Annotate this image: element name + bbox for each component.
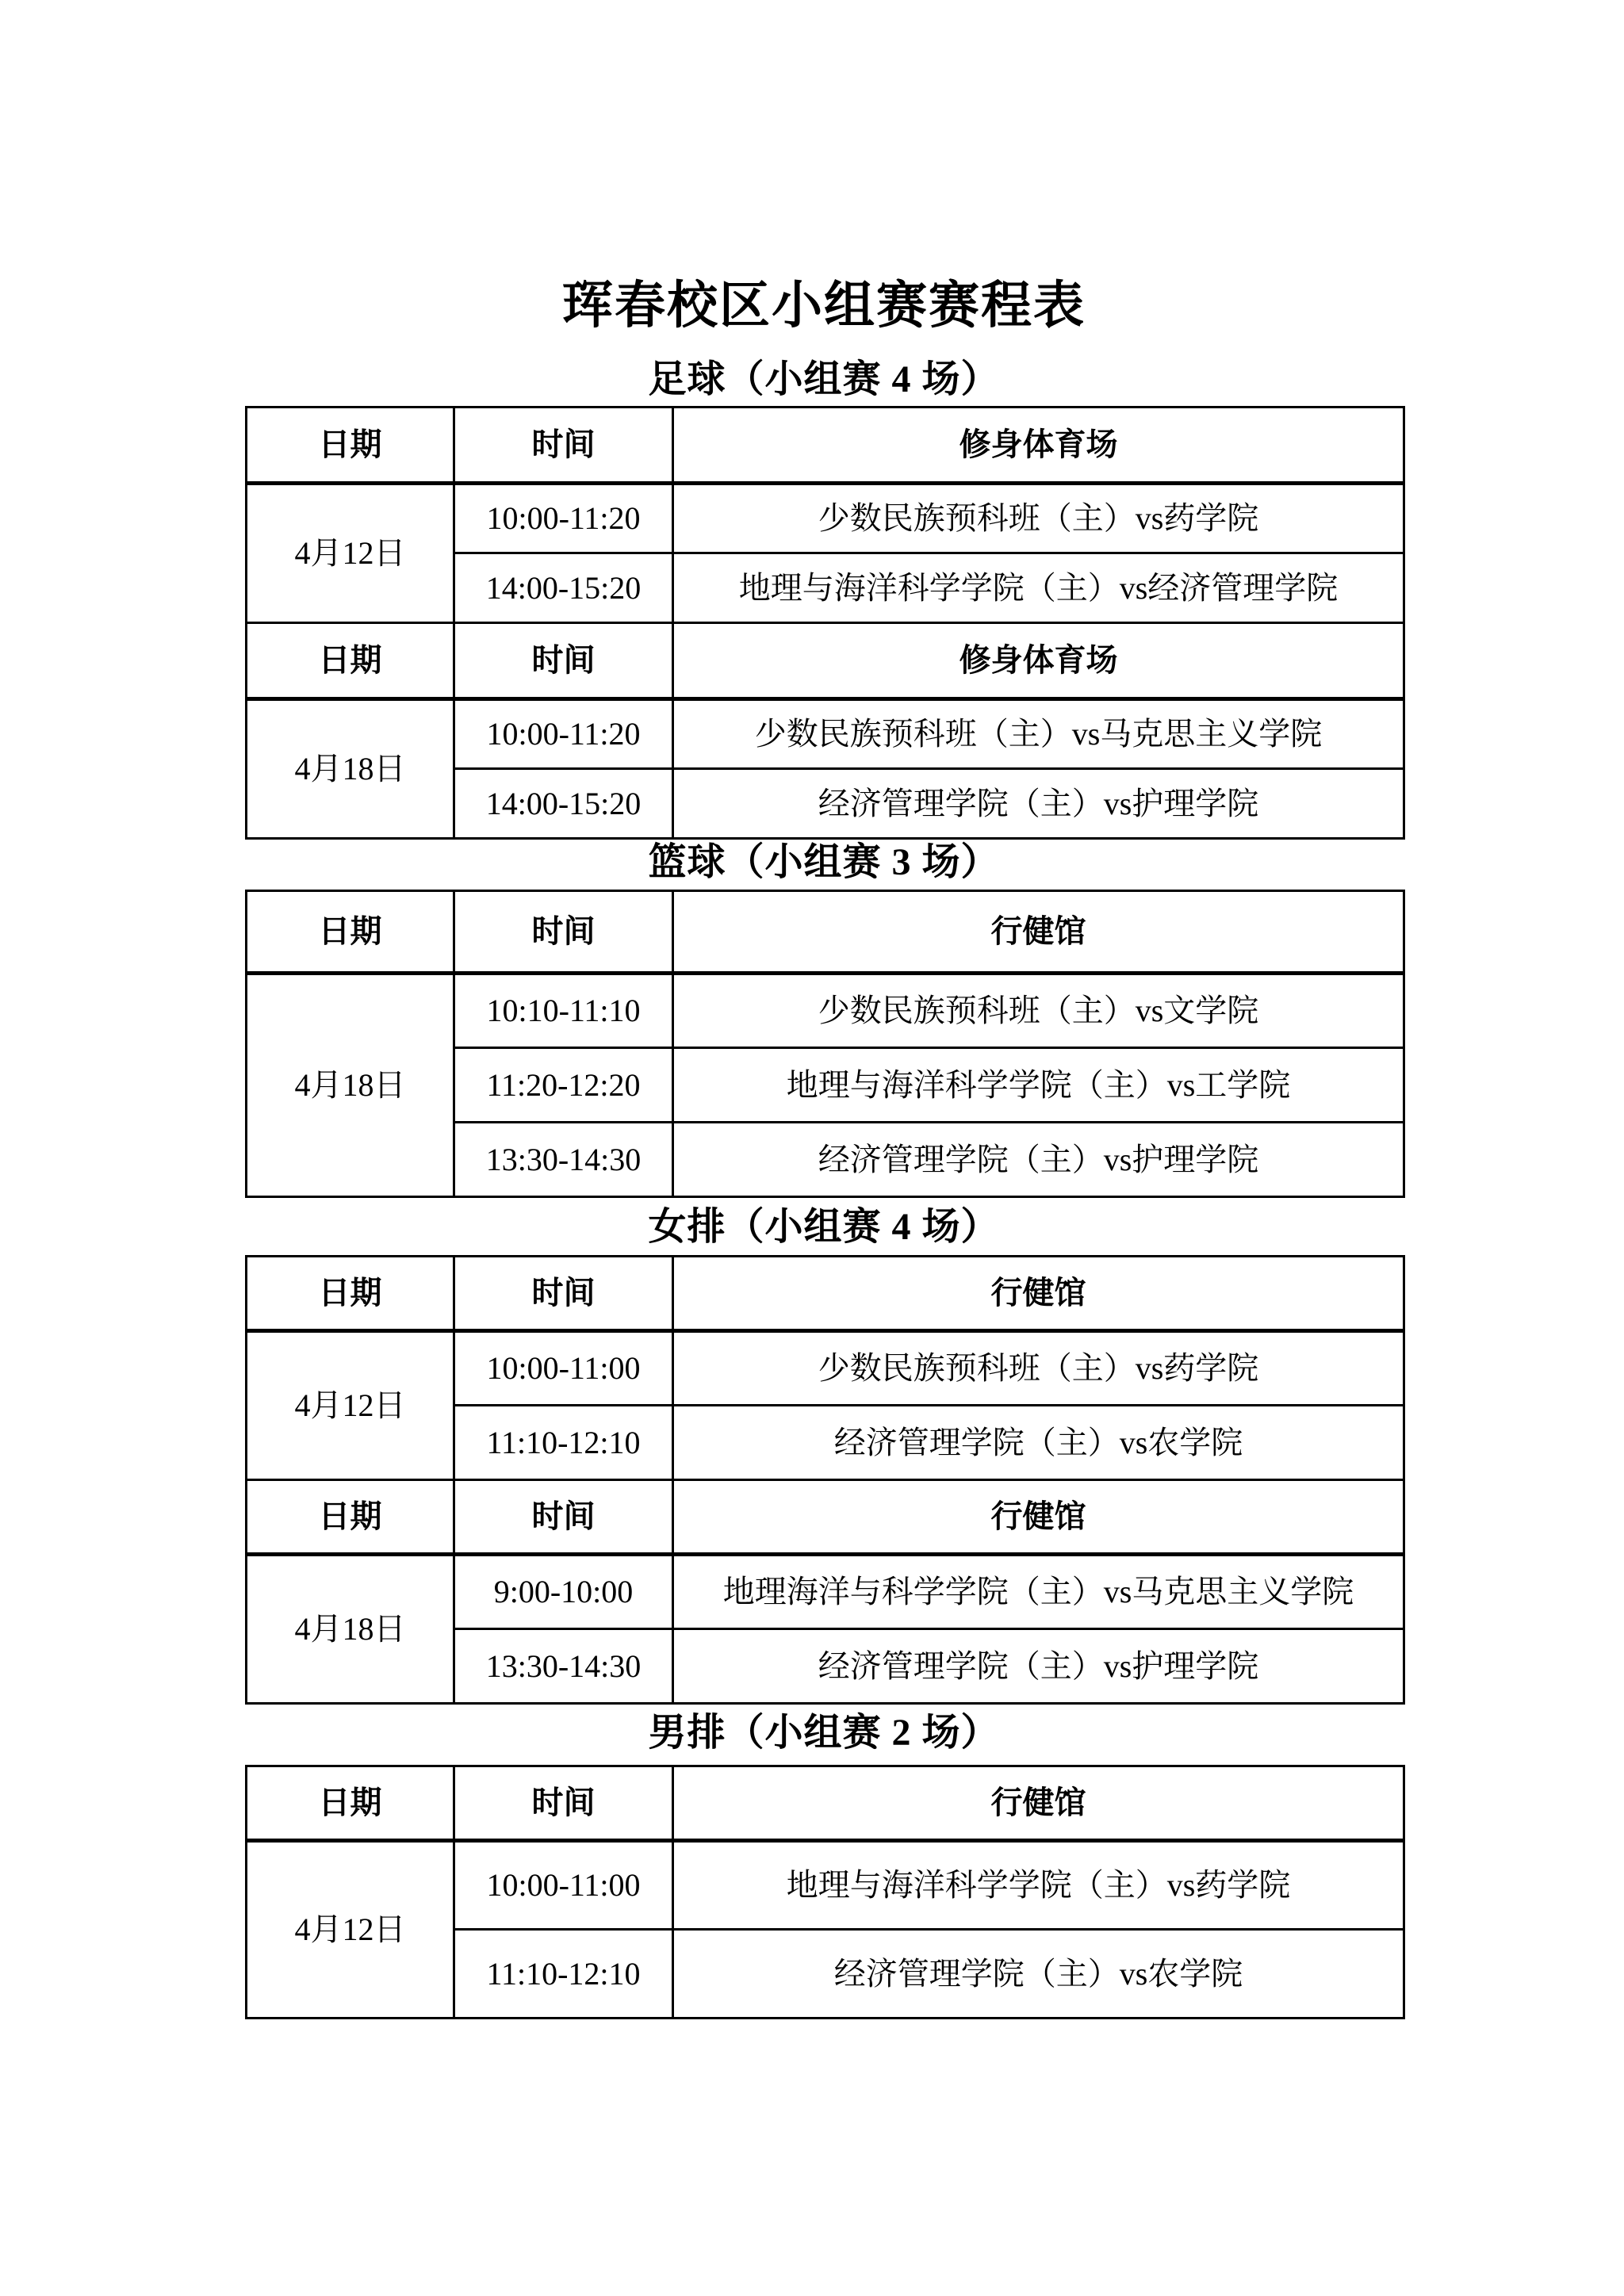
time-cell: 13:30-14:30 [454, 1123, 673, 1197]
match-cell: 少数民族预科班（主）vs文学院 [673, 974, 1404, 1048]
time-header-cell: 时间 [454, 408, 673, 484]
schedule-table-mens-volleyball: 日期 时间 行健馆 4月12日 10:00-11:00 地理与海洋科学学院（主）… [245, 1765, 1405, 2019]
date-header-cell: 日期 [247, 1766, 454, 1841]
table-header-row: 日期 时间 行健馆 [247, 1257, 1404, 1331]
time-cell: 10:00-11:20 [454, 484, 673, 553]
time-cell: 10:00-11:00 [454, 1841, 673, 1930]
schedule-table-basketball: 日期 时间 行健馆 4月18日 10:10-11:10 少数民族预科班（主）vs… [245, 890, 1405, 1198]
section-heading-mens-volleyball: 男排（小组赛 2 场） [245, 1712, 1403, 1754]
time-cell: 11:20-12:20 [454, 1048, 673, 1123]
match-cell: 经济管理学院（主）vs农学院 [673, 1930, 1404, 2019]
time-cell: 10:00-11:20 [454, 699, 673, 769]
table-header-row: 日期 时间 行健馆 [247, 1766, 1404, 1841]
venue-header-cell: 行健馆 [673, 891, 1404, 974]
time-cell: 11:10-12:10 [454, 1930, 673, 2019]
venue-header-cell: 行健馆 [673, 1766, 1404, 1841]
match-cell: 经济管理学院（主）vs护理学院 [673, 769, 1404, 839]
date-cell: 4月18日 [247, 1555, 454, 1704]
section-heading-womens-volleyball: 女排（小组赛 4 场） [245, 1207, 1403, 1248]
document-content: 珲春校区小组赛赛程表 足球（小组赛 4 场） 日期 时间 修身体育场 4月12日… [245, 0, 1403, 2019]
date-header-cell: 日期 [247, 891, 454, 974]
table-header-row: 日期 时间 修身体育场 [247, 623, 1404, 699]
match-cell: 少数民族预科班（主）vs药学院 [673, 1331, 1404, 1406]
page-title: 珲春校区小组赛赛程表 [245, 280, 1403, 332]
table-header-row: 日期 时间 行健馆 [247, 891, 1404, 974]
section-heading-basketball: 篮球（小组赛 3 场） [245, 842, 1403, 883]
schedule-table-football: 日期 时间 修身体育场 4月12日 10:00-11:20 少数民族预科班（主）… [245, 406, 1405, 840]
date-header-cell: 日期 [247, 623, 454, 699]
time-cell: 11:10-12:10 [454, 1406, 673, 1480]
table-header-row: 日期 时间 修身体育场 [247, 408, 1404, 484]
match-cell: 少数民族预科班（主）vs药学院 [673, 484, 1404, 553]
time-cell: 14:00-15:20 [454, 769, 673, 839]
table-row: 4月12日 10:00-11:20 少数民族预科班（主）vs药学院 [247, 484, 1404, 553]
time-header-cell: 时间 [454, 1257, 673, 1331]
venue-header-cell: 行健馆 [673, 1257, 1404, 1331]
document-page: 珲春校区小组赛赛程表 足球（小组赛 4 场） 日期 时间 修身体育场 4月12日… [0, 0, 1624, 2296]
time-cell: 14:00-15:20 [454, 553, 673, 623]
match-cell: 地理与海洋科学学院（主）vs工学院 [673, 1048, 1404, 1123]
time-header-cell: 时间 [454, 1480, 673, 1555]
table-row: 4月12日 10:00-11:00 地理与海洋科学学院（主）vs药学院 [247, 1841, 1404, 1930]
date-header-cell: 日期 [247, 1257, 454, 1331]
time-header-cell: 时间 [454, 891, 673, 974]
venue-header-cell: 行健馆 [673, 1480, 1404, 1555]
section-heading-football: 足球（小组赛 4 场） [245, 359, 1403, 400]
match-cell: 地理海洋与科学学院（主）vs马克思主义学院 [673, 1555, 1404, 1629]
table-row: 4月18日 10:00-11:20 少数民族预科班（主）vs马克思主义学院 [247, 699, 1404, 769]
date-header-cell: 日期 [247, 1480, 454, 1555]
venue-header-cell: 修身体育场 [673, 408, 1404, 484]
match-cell: 经济管理学院（主）vs护理学院 [673, 1123, 1404, 1197]
match-cell: 地理与海洋科学学院（主）vs经济管理学院 [673, 553, 1404, 623]
table-row: 4月18日 9:00-10:00 地理海洋与科学学院（主）vs马克思主义学院 [247, 1555, 1404, 1629]
match-cell: 少数民族预科班（主）vs马克思主义学院 [673, 699, 1404, 769]
table-header-row: 日期 时间 行健馆 [247, 1480, 1404, 1555]
venue-header-cell: 修身体育场 [673, 623, 1404, 699]
schedule-table-womens-volleyball: 日期 时间 行健馆 4月12日 10:00-11:00 少数民族预科班（主）vs… [245, 1255, 1405, 1705]
time-header-cell: 时间 [454, 1766, 673, 1841]
time-cell: 13:30-14:30 [454, 1629, 673, 1704]
date-cell: 4月18日 [247, 699, 454, 839]
time-cell: 10:00-11:00 [454, 1331, 673, 1406]
match-cell: 地理与海洋科学学院（主）vs药学院 [673, 1841, 1404, 1930]
time-header-cell: 时间 [454, 623, 673, 699]
table-row: 4月12日 10:00-11:00 少数民族预科班（主）vs药学院 [247, 1331, 1404, 1406]
date-cell: 4月18日 [247, 974, 454, 1197]
date-cell: 4月12日 [247, 484, 454, 623]
match-cell: 经济管理学院（主）vs农学院 [673, 1406, 1404, 1480]
match-cell: 经济管理学院（主）vs护理学院 [673, 1629, 1404, 1704]
date-cell: 4月12日 [247, 1331, 454, 1480]
time-cell: 10:10-11:10 [454, 974, 673, 1048]
date-cell: 4月12日 [247, 1841, 454, 2019]
time-cell: 9:00-10:00 [454, 1555, 673, 1629]
table-row: 4月18日 10:10-11:10 少数民族预科班（主）vs文学院 [247, 974, 1404, 1048]
date-header-cell: 日期 [247, 408, 454, 484]
